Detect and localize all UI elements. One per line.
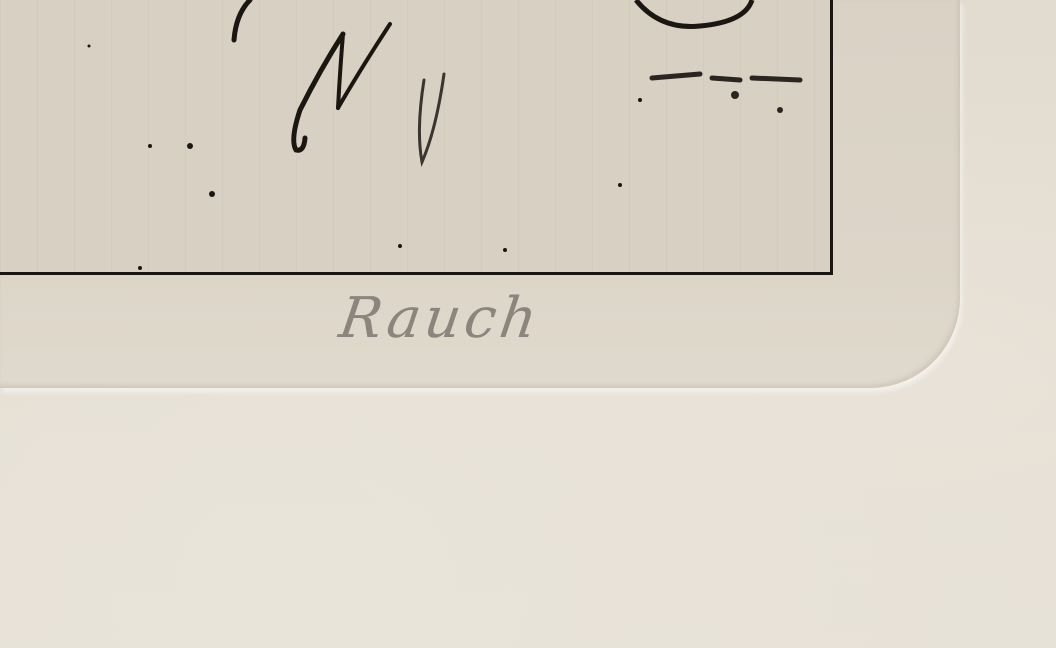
pencil-signature: Rauch xyxy=(335,286,544,351)
